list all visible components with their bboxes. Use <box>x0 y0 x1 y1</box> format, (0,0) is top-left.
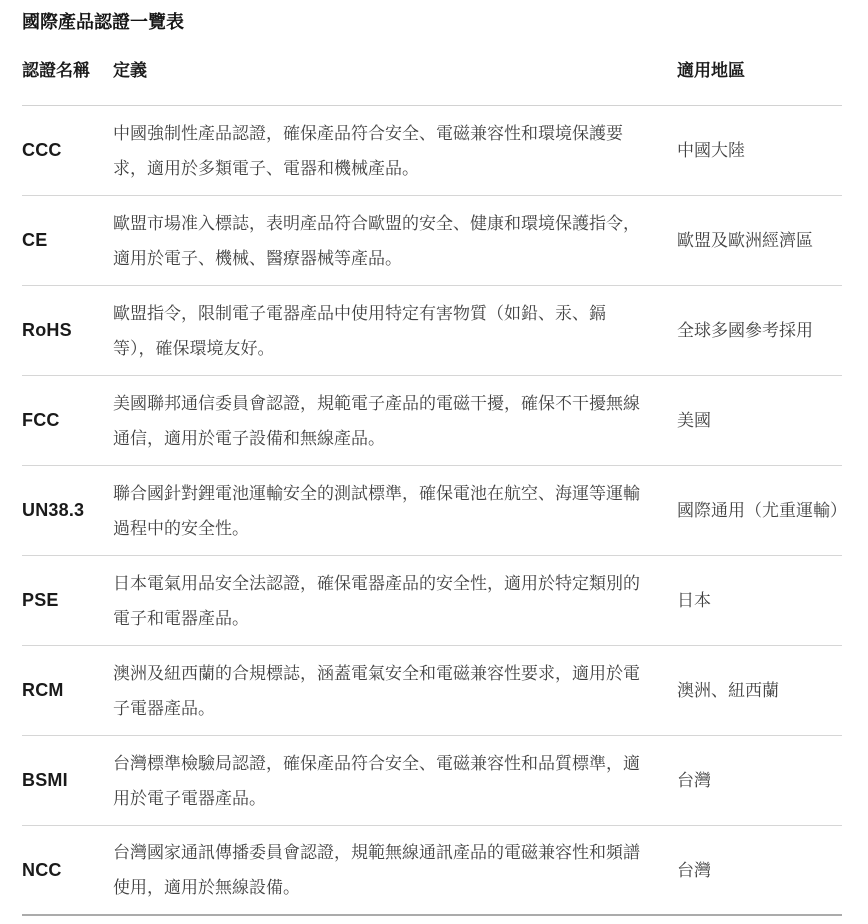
table-body: CCC 中國強制性產品認證，確保產品符合安全、電磁兼容性和環境保護要求，適用於多… <box>22 106 842 916</box>
table-row: UN38.3 聯合國針對鋰電池運輸安全的測試標準，確保電池在航空、海運等運輸過程… <box>22 466 842 556</box>
certification-name-cell: NCC <box>22 860 113 881</box>
table-row: BSMI 台灣標準檢驗局認證，確保產品符合安全、電磁兼容性和品質標準，適用於電子… <box>22 736 842 826</box>
region-cell: 台灣 <box>677 853 842 888</box>
definition-cell: 歐盟指令，限制電子電器產品中使用特定有害物質（如鉛、汞、鎘等），確保環境友好。 <box>113 296 677 366</box>
definition-cell: 澳洲及紐西蘭的合規標誌，涵蓋電氣安全和電磁兼容性要求，適用於電子電器產品。 <box>113 656 677 726</box>
table-row: NCC 台灣國家通訊傳播委員會認證，規範無線通訊產品的電磁兼容性和頻譜使用，適用… <box>22 826 842 916</box>
region-cell: 美國 <box>677 403 842 438</box>
table-row: CE 歐盟市場准入標誌，表明產品符合歐盟的安全、健康和環境保護指令，適用於電子、… <box>22 196 842 286</box>
certification-name-cell: BSMI <box>22 770 113 791</box>
definition-cell: 聯合國針對鋰電池運輸安全的測試標準，確保電池在航空、海運等運輸過程中的安全性。 <box>113 476 677 546</box>
definition-cell: 美國聯邦通信委員會認證，規範電子產品的電磁干擾，確保不干擾無線通信，適用於電子設… <box>113 386 677 456</box>
definition-cell: 中國強制性產品認證，確保產品符合安全、電磁兼容性和環境保護要求，適用於多類電子、… <box>113 116 677 186</box>
definition-cell: 台灣國家通訊傳播委員會認證，規範無線通訊產品的電磁兼容性和頻譜使用，適用於無線設… <box>113 835 677 905</box>
table-row: FCC 美國聯邦通信委員會認證，規範電子產品的電磁干擾，確保不干擾無線通信，適用… <box>22 376 842 466</box>
table-row: PSE 日本電氣用品安全法認證，確保電器產品的安全性，適用於特定類別的電子和電器… <box>22 556 842 646</box>
table-row: CCC 中國強制性產品認證，確保產品符合安全、電磁兼容性和環境保護要求，適用於多… <box>22 106 842 196</box>
region-cell: 歐盟及歐洲經濟區 <box>677 223 842 258</box>
column-header-region: 適用地區 <box>677 60 842 82</box>
region-cell: 澳洲、紐西蘭 <box>677 673 842 708</box>
certification-name-cell: RCM <box>22 680 113 701</box>
certification-name-cell: CCC <box>22 140 113 161</box>
region-cell: 中國大陸 <box>677 133 842 168</box>
definition-cell: 日本電氣用品安全法認證，確保電器產品的安全性，適用於特定類別的電子和電器產品。 <box>113 566 677 636</box>
region-cell: 台灣 <box>677 763 842 798</box>
certification-name-cell: RoHS <box>22 320 113 341</box>
certification-name-cell: CE <box>22 230 113 251</box>
table-row: RoHS 歐盟指令，限制電子電器產品中使用特定有害物質（如鉛、汞、鎘等），確保環… <box>22 286 842 376</box>
region-cell: 全球多國參考採用 <box>677 313 842 348</box>
table-header-row: 認證名稱 定義 適用地區 <box>22 60 842 106</box>
certification-name-cell: UN38.3 <box>22 500 113 521</box>
region-cell: 國際通用（尤重運輸） <box>677 493 842 528</box>
region-cell: 日本 <box>677 583 842 618</box>
column-header-definition: 定義 <box>113 60 677 82</box>
certification-name-cell: PSE <box>22 590 113 611</box>
table-row: RCM 澳洲及紐西蘭的合規標誌，涵蓋電氣安全和電磁兼容性要求，適用於電子電器產品… <box>22 646 842 736</box>
page-title: 國際產品認證一覽表 <box>22 10 842 34</box>
certification-name-cell: FCC <box>22 410 113 431</box>
definition-cell: 歐盟市場准入標誌，表明產品符合歐盟的安全、健康和環境保護指令，適用於電子、機械、… <box>113 206 677 276</box>
definition-cell: 台灣標準檢驗局認證，確保產品符合安全、電磁兼容性和品質標準，適用於電子電器產品。 <box>113 746 677 816</box>
certification-table-page: 國際產品認證一覽表 認證名稱 定義 適用地區 CCC 中國強制性產品認證，確保產… <box>22 0 842 916</box>
column-header-certification-name: 認證名稱 <box>22 60 113 82</box>
